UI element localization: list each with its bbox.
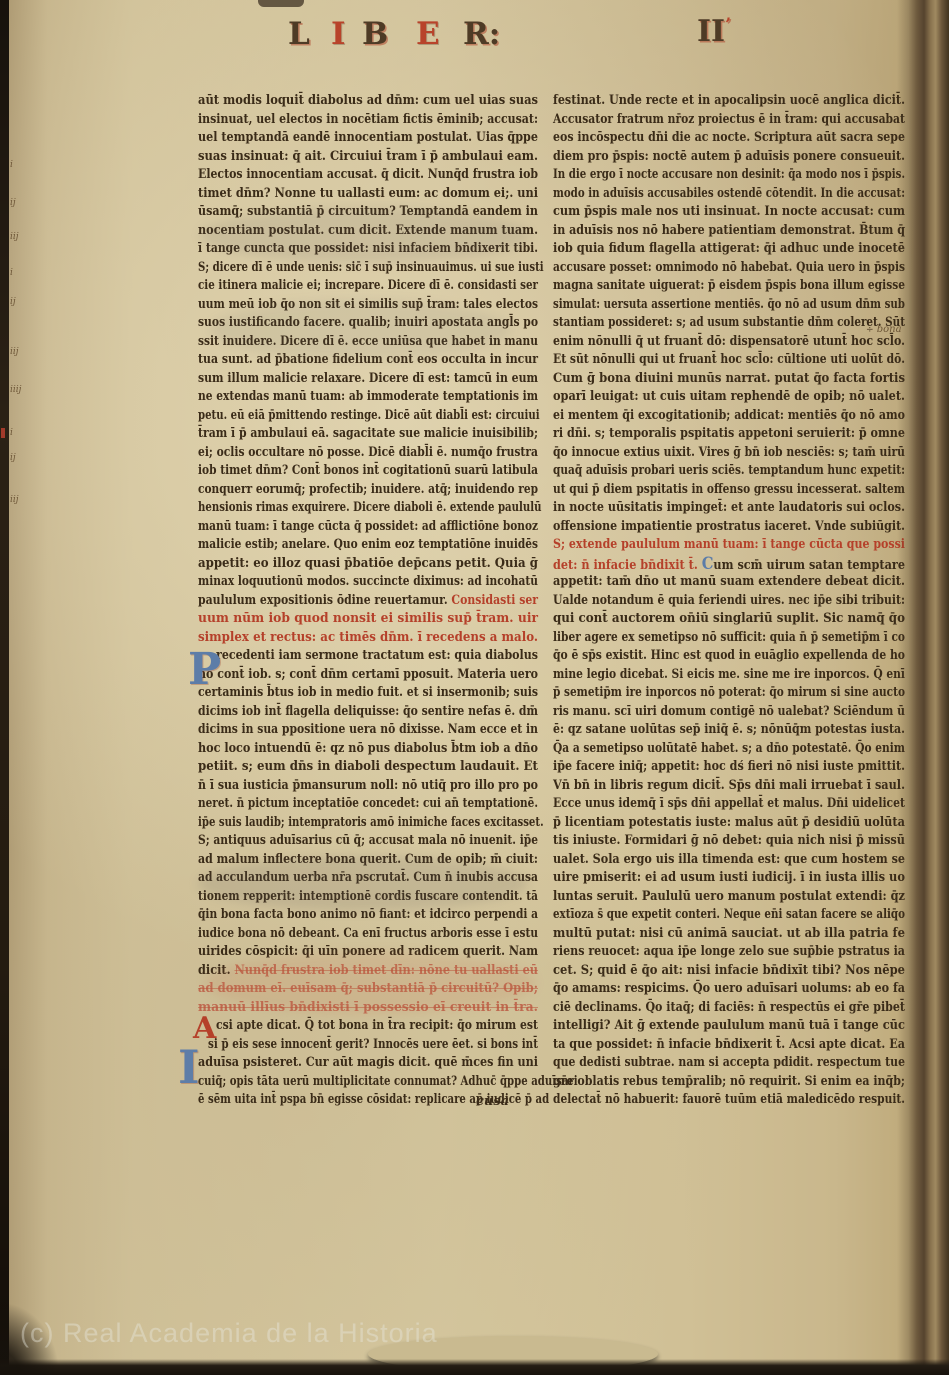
red-edge-mark [1, 428, 5, 438]
text-run: insinuat, uel electos in nocētiam fictis… [198, 112, 538, 127]
text-line: eos incōspectu dn̄i die ac nocte. Script… [553, 130, 905, 146]
text-run: paululum expositionis ōdine reuertamur. [198, 593, 451, 608]
text-line: ei mentem q̄i excogitationib; addicat: m… [553, 408, 905, 424]
text-run: uirides cōspicit: q̄i uīn ponere ad radi… [198, 944, 538, 959]
text-line: tionem repperit: intemptionē cordis fusc… [198, 889, 538, 905]
text-run: dicims iob int̄ flagella deliquisse: q̄o… [198, 704, 538, 719]
text-line: ualet. Sola ergo uis illa timenda est: q… [553, 852, 905, 868]
running-title-letter: E [416, 16, 440, 52]
text-run: festinat. Unde recte et in apocalipsin u… [553, 93, 905, 108]
running-title: LIBER: [0, 0, 949, 70]
text-line: det: n̄ infacie bn̄dixit t̄. Cum scm̄ ui… [553, 556, 905, 574]
text-run: ip̄e suis laudib; intempratoris amō inim… [198, 815, 544, 830]
text-run: iob timet dn̄m? Cont̄ bonos int̄ cogitat… [198, 463, 538, 478]
text-line: S; dicere dī ē unde uenis: sic̄ ī sup̄ i… [198, 260, 538, 276]
left-binding-edge [0, 0, 9, 1375]
text-line: riens reuocet: aqua ip̄e longe zelo sue … [553, 944, 905, 960]
text-run: timet dn̄m? Nonne tu uallasti eum: ac do… [198, 186, 538, 201]
text-line: intelligi? Ait ḡ extende paululum manū t… [553, 1018, 905, 1034]
photo-background-bottom [0, 1359, 949, 1375]
text-line: mine legio dicebat. Si eicis me. sine me… [553, 667, 905, 683]
text-line: Q̄a a semetipso uolūtatē habet. s; a dn̄… [553, 741, 905, 757]
text-line: Et sūt nōnulli qui ut fruant̄ hoc scl̄o:… [553, 352, 905, 368]
text-run: iudice bona nō debeant. Ca enī fructus a… [198, 926, 538, 941]
text-line: ī tange cuncta que possidet: nisi infaci… [198, 241, 538, 257]
text-line: uire pmiserit: ei ad usum iusti iudicij.… [553, 870, 905, 886]
text-line: liber agere ex semetipso nō sufficit: qu… [553, 630, 905, 646]
text-line: ad domum eī. euīsam q̄; substantiā p̄ ci… [198, 981, 538, 997]
text-line: iob quia fidum flagella attigerat: q̄i a… [553, 241, 905, 257]
text-line: que dedisti subtrae. nam si accepta pdid… [553, 1055, 905, 1071]
text-run: uum nūm iob quod nonsit ei similis sup̄ … [198, 611, 538, 626]
quire-mark: iij [10, 495, 19, 505]
text-line: recedenti iam sermone tractatum est: qui… [198, 648, 556, 664]
text-line: simulat: uersuta assertione mentiēs. q̄o… [553, 297, 905, 313]
text-run: gr̄e oblatis rebus temp̄ralib; nō requir… [553, 1074, 905, 1089]
text-run: enim nōnulli q̄ ut fruant̄ dō: dispensat… [553, 334, 905, 349]
text-run: t̄ram ī p̄ ambulaui eā. sagacitate sue m… [198, 426, 538, 441]
running-title-letter: I [331, 16, 346, 52]
text-line: minax loquutionū modos. succincte diximu… [198, 574, 538, 590]
illuminated-initial-p-icon: P [188, 648, 221, 692]
catchword: cusa [476, 1094, 509, 1109]
text-line: ad acculandum uerba nr̄a pscrutat̄. Cum … [198, 870, 538, 886]
text-line: delectat̄ nō habuerit: fauorē tuūm etiā … [553, 1092, 905, 1108]
text-line: uum nūm iob quod nonsit ei similis sup̄ … [198, 611, 538, 627]
text-run: tua sunt. ad p̄batione fidelium cont̄ eo… [198, 352, 538, 367]
text-run: n̄ ī sua iusticia p̄mansurum noll: nō ut… [198, 778, 538, 793]
text-line: q̄o amams: respicims. Q̄o uero aduīsari … [553, 981, 905, 997]
text-run: csi apte dicat. Q̄ tot bona in t̄ra reci… [216, 1018, 538, 1033]
text-run: hoc loco intuendū ē: qz nō pus diabolus … [198, 741, 538, 756]
text-line: nō cont̄ iob. s; cont̄ dn̄m certamī ppos… [198, 667, 538, 683]
text-run: C [702, 554, 714, 574]
running-title-letter: L [288, 16, 310, 52]
text-run: nō cont̄ iob. s; cont̄ dn̄m certamī ppos… [198, 667, 538, 682]
text-line: ūsamq̄; substantiā p̄ circuitum? Temptan… [198, 204, 538, 220]
text-run: dicims in sua ppositione uera nō dixisse… [198, 722, 538, 737]
text-run: In die ergo ī nocte accusare non desinit… [553, 167, 905, 182]
text-run: minax loquutionū modos. succincte diximu… [198, 574, 538, 589]
text-line: enim nōnulli q̄ ut fruant̄ dō: dispensat… [553, 334, 905, 350]
left-column: aūt modis loquit̄ diabolus ad dn̄m: cum … [198, 93, 538, 1123]
text-run: petiit. s; eum dn̄s in diaboli despectum… [198, 759, 538, 774]
text-run: ta que possidet: n̄ infacie bn̄dixerit t… [553, 1037, 905, 1052]
text-line: gr̄e oblatis rebus temp̄ralib; nō requir… [553, 1074, 905, 1090]
text-run: Considasti ser [451, 593, 538, 608]
text-run: oparī leuigat: ut cuis uitam rephendē de… [553, 389, 905, 404]
text-run: cum p̄spis male nos uti insinuat. In noc… [553, 204, 905, 219]
text-run: S; extende paululum manū tuam: ī tange c… [553, 537, 905, 552]
book-fore-edge [897, 0, 949, 1375]
text-line: neret. n̄ pictum inceptatiōe concedet: c… [198, 796, 538, 812]
text-run: tionem repperit: intemptionē cordis fusc… [198, 889, 538, 904]
text-run: Vn̄ bn̄ in libris regum dicit̄. Sp̄s dn̄… [553, 778, 905, 793]
text-run: modo in aduīsis accusabiles ostendē cōte… [553, 186, 905, 201]
text-line: appetit: eo illoz quasi p̄batiōe dep̄can… [198, 556, 538, 572]
text-run: ris manu. scī uiri domum contigē nō uale… [553, 704, 905, 719]
text-run: qui cont̄ auctorem on̄iū singlariū supli… [553, 611, 905, 626]
text-run: ualet. Sola ergo uis illa timenda est: q… [553, 852, 905, 867]
text-line: paululum expositionis ōdine reuertamur. … [198, 593, 538, 609]
text-run: S; dicere dī ē unde uenis: sic̄ ī sup̄ i… [198, 260, 544, 275]
text-run: ut qui p̄ diem pspitatis in offenso gres… [553, 482, 905, 497]
text-run: simulat: uersuta assertione mentiēs. q̄o… [553, 297, 905, 312]
text-run: um scm̄ uirum satan temptare [713, 558, 905, 573]
text-run: suos iustificando facere. qualib; inuiri… [198, 315, 538, 330]
text-run: manū tuam: ī tange cūcta q̄ possidet: ad… [198, 519, 538, 534]
text-run: que dedisti subtrae. nam si accepta pdid… [553, 1055, 905, 1070]
text-line: tua sunt. ad p̄batione fidelium cont̄ eo… [198, 352, 538, 368]
text-run: diem pro p̄spis: noctē autem p̄ aduīsis … [553, 149, 905, 164]
quire-mark: iiij [10, 385, 21, 395]
quire-mark: i [10, 268, 13, 278]
text-run: det: n̄ infacie bn̄dixit t̄. [553, 558, 702, 573]
text-run: ad domum eī. euīsam q̄; substantiā p̄ ci… [198, 981, 538, 996]
text-line: dicims iob int̄ flagella deliquisse: q̄o… [198, 704, 538, 720]
quire-mark: i [10, 428, 13, 438]
text-run: Q̄a a semetipso uolūtatē habet. s; a dn̄… [553, 741, 905, 756]
text-line: ciē declinams. Q̄o itaq̄; di faciēs: n̄ … [553, 1000, 905, 1016]
text-run: ei; oclis occultare nō posse. Dicē diabl… [198, 445, 538, 460]
text-line: iob timet dn̄m? Cont̄ bonos int̄ cogitat… [198, 463, 538, 479]
text-line: uum meū iob q̄o non sit ei similis sup̄ … [198, 297, 538, 313]
text-line: uirides cōspicit: q̄i uīn ponere ad radi… [198, 944, 538, 960]
text-line: ne extendas manū tuam: ab immoderate tem… [198, 389, 538, 405]
illuminated-initial-i-icon: I [178, 1044, 200, 1090]
text-run: uire pmiserit: ei ad usum iusti iudicij.… [553, 870, 905, 885]
quire-mark: iij [10, 232, 19, 242]
text-line: ē: qz satane uolūtas sep̄ iniq̄ ē. s; nō… [553, 722, 905, 738]
text-run: Nunq̄d frustra iob timet dīn: nōne tu ua… [234, 963, 538, 978]
text-line: cum p̄spis male nos uti insinuat. In noc… [553, 204, 905, 220]
text-line: extīoza s̄ que expetit conteri. Neque en… [553, 907, 905, 923]
text-run: Ecce unus idemq̄ ī sp̄s dn̄i appellat̄ e… [553, 796, 905, 811]
book-numeral-text: II [697, 14, 725, 49]
text-run: ri dn̄i. s; temporalis pspitatis appeton… [553, 426, 905, 441]
text-run: cie itinera malicie ei; increpare. Dicer… [198, 278, 538, 293]
text-line: sum illum malicie relaxare. Dicere dī es… [198, 371, 538, 387]
text-run: ē: qz satane uolūtas sep̄ iniq̄ ē. s; nō… [553, 722, 905, 737]
text-line: certaminis b̄tus iob in medio fuit. et s… [198, 685, 538, 701]
manuscript-page: LIBER: II’ iijiijiijiijiiijiijiij aūt mo… [0, 0, 949, 1375]
text-line: in nocte uūsitatis impinget̄: et ante la… [553, 500, 905, 516]
text-line: dicit. Nunq̄d frustra iob timet dīn: nōn… [198, 963, 538, 979]
quire-mark: iij [10, 347, 19, 357]
text-line: aduīsa psisteret. Cur aūt magis dicit. q… [198, 1055, 538, 1071]
text-run: sum illum malicie relaxare. Dicere dī es… [198, 371, 538, 386]
text-run: ssit inuidere. Dicere dī ē. ecce uniūsa … [198, 334, 538, 349]
text-line: manuū illīus bn̄dixisti ī possessio eī c… [198, 1000, 538, 1016]
text-run: multū putat: nisi cū animā sauciat. ut a… [553, 926, 905, 941]
text-run: nocentiam postulat. cum dicit. Extende m… [198, 223, 538, 238]
text-line: qui cont̄ auctorem on̄iū singlariū supli… [553, 611, 905, 627]
text-line: in aduīsis nos nō habere patientiam demo… [553, 223, 905, 239]
quire-mark: ij [10, 198, 16, 208]
text-run: appetit: tam̄ dn̄o ut manū suam extender… [553, 574, 905, 589]
text-line: festinat. Unde recte et in apocalipsin u… [553, 93, 905, 109]
text-line: oparī leuigat: ut cuis uitam rephendē de… [553, 389, 905, 405]
text-run: q̄o amams: respicims. Q̄o uero aduīsari … [553, 981, 905, 996]
numeral-flourish: ’ [725, 15, 731, 35]
running-title-letter: B [362, 16, 388, 52]
text-line: Ecce unus idemq̄ ī sp̄s dn̄i appellat̄ e… [553, 796, 905, 812]
text-run: hensionis rimas exquirere. Dicere diabol… [198, 500, 541, 515]
text-run: Et sūt nōnulli qui ut fruant̄ hoc scl̄o:… [553, 352, 905, 367]
text-run: appetit: eo illoz quasi p̄batiōe dep̄can… [198, 556, 538, 571]
quire-mark: ij [10, 297, 16, 307]
text-line: si p̄ eis sese innocent̄ gerit? Innocēs … [198, 1037, 548, 1053]
text-run: p̄ semetip̄m ire inporcos nō poterat: q̄… [553, 685, 905, 700]
text-run: S; antiquus aduīsarius cū q̄; accusat ma… [198, 833, 538, 848]
text-line: csi apte dicat. Q̄ tot bona in t̄ra reci… [198, 1018, 556, 1034]
text-run: ne extendas manū tuam: ab immoderate tem… [198, 389, 538, 404]
running-title-letter: R: [463, 16, 500, 52]
text-line: S; extende paululum manū tuam: ī tange c… [553, 537, 905, 553]
text-line: suos iustificando facere. qualib; inuiri… [198, 315, 538, 331]
text-line: ssit inuidere. Dicere dī ē. ecce uniūsa … [198, 334, 538, 350]
insertion-mark: ÷ [866, 325, 874, 335]
text-run: in nocte uūsitatis impinget̄: et ante la… [553, 500, 905, 515]
text-line: q̄o ē sp̄s existit. Hinc est quod in euā… [553, 648, 905, 664]
text-run: magna sanitate uiguerat: p̄ eisdem p̄spi… [553, 278, 905, 293]
text-line: offensione impatientie prostratus iacere… [553, 519, 905, 535]
text-run: luntas seruit. Paululū uero manum postul… [553, 889, 905, 904]
text-run: Cum ḡ bona diuini munūs narrat. putat q̄… [553, 371, 905, 386]
right-column: festinat. Unde recte et in apocalipsin u… [553, 93, 905, 1123]
text-run: eos incōspectu dn̄i die ac nocte. Script… [553, 130, 905, 145]
text-run: riens reuocet: aqua ip̄e longe zelo sue … [553, 944, 905, 959]
text-run: offensione impatientie prostratus iacere… [553, 519, 905, 534]
text-line: ut qui p̄ diem pspitatis in offenso gres… [553, 482, 905, 498]
text-run: q̄o innocue extius uixit. Vires ḡ bn̄ io… [553, 445, 905, 460]
text-run: mine legio dicebat. Si eicis me. sine me… [553, 667, 905, 682]
text-run: delectat̄ nō habuerit: fauorē tuūm etiā … [553, 1092, 905, 1107]
text-line: luntas seruit. Paululū uero manum postul… [553, 889, 905, 905]
text-run: iob quia fidum flagella attigerat: q̄i a… [553, 241, 905, 256]
text-line: ad malum inflectere bona querit. Cum de … [198, 852, 538, 868]
text-run: cuiq̄; opis tāta uerū multiplicitate con… [198, 1074, 578, 1089]
text-line: n̄ ī sua iusticia p̄mansurum noll: nō ut… [198, 778, 538, 794]
text-line: ip̄e suis laudib; intempratoris amō inim… [198, 815, 538, 831]
text-run: ad acculandum uerba nr̄a pscrutat̄. Cum … [198, 870, 538, 885]
text-run: ūsamq̄; substantiā p̄ circuitum? Temptan… [198, 204, 538, 219]
text-run: p̄ licentiam potestatis iuste: malus aūt… [553, 815, 905, 830]
text-run: uum meū iob q̄o non sit ei similis sup̄ … [198, 297, 538, 312]
text-line: ei; oclis occultare nō posse. Dicē diabl… [198, 445, 538, 461]
text-line: p̄ semetip̄m ire inporcos nō poterat: q̄… [553, 685, 905, 701]
text-line: aūt modis loquit̄ diabolus ad dn̄m: cum … [198, 93, 538, 109]
copyright-watermark: (c) Real Academia de la Historia [20, 1318, 438, 1349]
text-run: recedenti iam sermone tractatum est: qui… [216, 648, 538, 663]
text-run: certaminis b̄tus iob in medio fuit. et s… [198, 685, 538, 700]
text-run: Ualde notandum ē quia feriendi uires. ne… [553, 593, 905, 608]
text-line: accusare posset: omnimodo nō habebat. Qu… [553, 260, 905, 276]
text-line: cet. S; quid ē q̄o ait: nisi infacie bn̄… [553, 963, 905, 979]
text-run: simplex et rectus: ac timēs dn̄m. ī rece… [198, 630, 538, 645]
text-line: simplex et rectus: ac timēs dn̄m. ī rece… [198, 630, 538, 646]
text-run: conquerr eorumq̄; profectib; inuidere. a… [198, 482, 538, 497]
text-line: S; antiquus aduīsarius cū q̄; accusat ma… [198, 833, 538, 849]
text-line: tis iniuste. Formidari ḡ nō debet: quia … [553, 833, 905, 849]
book-numeral: II’ [697, 14, 731, 49]
text-line: q̄o innocue extius uixit. Vires ḡ bn̄ io… [553, 445, 905, 461]
text-run: uel temptandā eandē innocentiam postulat… [198, 130, 538, 145]
text-line: uel temptandā eandē innocentiam postulat… [198, 130, 538, 146]
text-line: iudice bona nō debeant. Ca enī fructus a… [198, 926, 538, 942]
text-run: tis iniuste. Formidari ḡ nō debet: quia … [553, 833, 905, 848]
text-run: aūt modis loquit̄ diabolus ad dn̄m: cum … [198, 93, 538, 108]
text-run: cet. S; quid ē q̄o ait: nisi infacie bn̄… [553, 963, 905, 978]
text-line: ip̄e facere iniq̄; appetit: hoc dś fier… [553, 759, 905, 775]
text-run: q̄o ē sp̄s existit. Hinc est quod in euā… [553, 648, 905, 663]
text-run: extīoza s̄ que expetit conteri. Neque en… [553, 907, 905, 922]
text-run: aduīsa psisteret. Cur aūt magis dicit. q… [198, 1055, 538, 1070]
text-run: petu. eū eiā p̄mittendo restinge. Dicē a… [198, 408, 540, 423]
text-line: quaq̄ aduīsis probari ueris sciēs. tempt… [553, 463, 905, 479]
text-line: t̄ram ī p̄ ambulaui eā. sagacitate sue m… [198, 426, 538, 442]
text-run: ei mentem q̄i excogitationib; addicat: m… [553, 408, 905, 423]
text-run: manuū illīus bn̄dixisti ī possessio eī c… [198, 1000, 538, 1015]
text-line: insinuat, uel electos in nocētiam fictis… [198, 112, 538, 128]
text-line: modo in aduīsis accusabiles ostendē cōte… [553, 186, 905, 202]
text-line: diem pro p̄spis: noctē autem p̄ aduīsis … [553, 149, 905, 165]
text-run: in aduīsis nos nō habere patientiam demo… [553, 223, 905, 238]
text-line: Accusator fratrum nr̄oz proiectus ē in t… [553, 112, 905, 128]
text-line: ri dn̄i. s; temporalis pspitatis appeton… [553, 426, 905, 442]
text-run: accusare posset: omnimodo nō habebat. Qu… [553, 260, 905, 275]
text-run: Accusator fratrum nr̄oz proiectus ē in t… [553, 112, 905, 127]
text-run: q̄in bona facta bono animo nō fiant: et … [198, 907, 538, 922]
text-line: ta que possidet: n̄ infacie bn̄dixerit t… [553, 1037, 905, 1053]
text-run: suas insinuat: q̄ ait. Circuiui t̄ram ī … [198, 149, 538, 164]
text-run: intelligi? Ait ḡ extende paululum manū t… [553, 1018, 905, 1033]
text-line: Electos innocentiam accusat. q̄ dicit. N… [198, 167, 538, 183]
text-run: stantiam possideret: s; ad usum substant… [553, 315, 905, 330]
text-run: si p̄ eis sese innocent̄ gerit? Innocēs … [208, 1037, 538, 1052]
text-run: liber agere ex semetipso nō sufficit: qu… [553, 630, 905, 645]
text-line: In die ergo ī nocte accusare non desinit… [553, 167, 905, 183]
text-line: appetit: tam̄ dn̄o ut manū suam extender… [553, 574, 905, 590]
text-line: Ualde notandum ē quia feriendi uires. ne… [553, 593, 905, 609]
text-line: hoc loco intuendū ē: qz nō pus diabolus … [198, 741, 538, 757]
text-line: magna sanitate uiguerat: p̄ eisdem p̄spi… [553, 278, 905, 294]
text-line: multū putat: nisi cū animā sauciat. ut a… [553, 926, 905, 942]
text-run: ciē declinams. Q̄o itaq̄; di faciēs: n̄ … [553, 1000, 905, 1015]
text-run: ad malum inflectere bona querit. Cum de … [198, 852, 538, 867]
text-line: ris manu. scī uiri domum contigē nō uale… [553, 704, 905, 720]
text-line: timet dn̄m? Nonne tu uallasti eum: ac do… [198, 186, 538, 202]
text-line: nocentiam postulat. cum dicit. Extende m… [198, 223, 538, 239]
text-line: malicie estib; anelare. Quo enim eoz tem… [198, 537, 538, 553]
text-line: cuiq̄; opis tāta uerū multiplicitate con… [198, 1074, 538, 1090]
text-run: malicie estib; anelare. Quo enim eoz tem… [198, 537, 538, 552]
text-line: suas insinuat: q̄ ait. Circuiui t̄ram ī … [198, 149, 538, 165]
text-run: dicit. [198, 963, 234, 978]
text-line: stantiam possideret: s; ad usum substant… [553, 315, 905, 331]
text-run: quaq̄ aduīsis probari ueris sciēs. tempt… [553, 463, 905, 478]
text-line: petu. eū eiā p̄mittendo restinge. Dicē a… [198, 408, 538, 424]
text-run: neret. n̄ pictum inceptatiōe concedet: c… [198, 796, 538, 811]
text-line: manū tuam: ī tange cūcta q̄ possidet: ad… [198, 519, 538, 535]
text-line: hensionis rimas exquirere. Dicere diabol… [198, 500, 538, 516]
text-line: conquerr eorumq̄; profectib; inuidere. a… [198, 482, 538, 498]
text-line: petiit. s; eum dn̄s in diaboli despectum… [198, 759, 538, 775]
text-line: p̄ licentiam potestatis iuste: malus aūt… [553, 815, 905, 831]
quire-mark: ij [10, 453, 16, 463]
text-line: cie itinera malicie ei; increpare. Dicer… [198, 278, 538, 294]
text-run: Electos innocentiam accusat. q̄ dicit. N… [198, 167, 538, 182]
quire-mark: i [10, 160, 13, 170]
text-run: ip̄e facere iniq̄; appetit: hoc dś fier… [553, 759, 905, 774]
text-line: q̄in bona facta bono animo nō fiant: et … [198, 907, 538, 923]
text-run: ī tange cuncta que possidet: nisi infaci… [198, 241, 538, 256]
text-line: dicims in sua ppositione uera nō dixisse… [198, 722, 538, 738]
text-line: Vn̄ bn̄ in libris regum dicit̄. Sp̄s dn̄… [553, 778, 905, 794]
text-line: Cum ḡ bona diuini munūs narrat. putat q̄… [553, 371, 905, 387]
